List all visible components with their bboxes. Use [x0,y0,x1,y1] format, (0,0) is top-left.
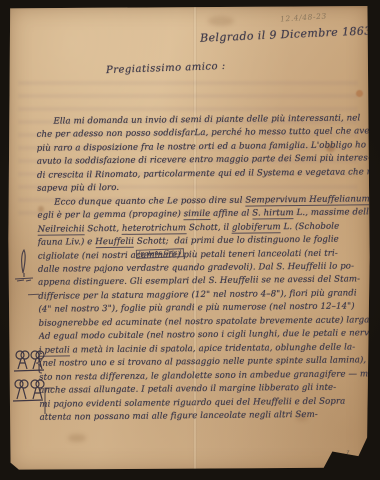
plant-sketch-icon [12,246,36,286]
date-line: Belgrado il 9 Dicembre 1863 [200,24,372,44]
letter-paper: 12.4/48-23 Belgrado il 9 Dicembre 1863 P… [8,6,370,472]
margin-brace-annotation: { [34,351,44,376]
stain-spot [356,90,363,97]
stain-spot [68,434,86,442]
pencil-catalog-number: 12.4/48-23 [280,11,327,23]
stain-spot [208,16,234,26]
corner-pencil-mark: 1. [343,449,354,461]
interlinear-insertion-note: (patens Gris.) [136,248,184,259]
letter-line: attenta non possano mai alle figure lanc… [39,408,373,425]
letter-photograph: 12.4/48-23 Belgrado il 9 Dicembre 1863 P… [0,0,380,480]
salutation: Pregiatissimo amico : [106,61,226,76]
letter-body: Ella mi domanda un invio di semi di pian… [36,112,373,425]
